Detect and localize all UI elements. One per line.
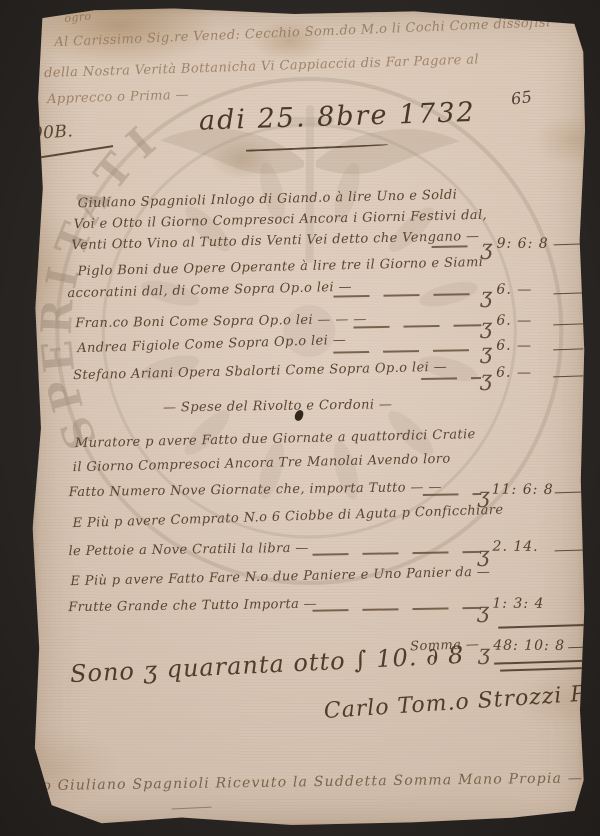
date-line: adi 25. 8bre 1732	[199, 97, 477, 137]
brace-mark: ʒ	[480, 315, 492, 339]
sum-rule-top	[498, 624, 588, 629]
manuscript-line: il Giorno Compresoci Ancora Tre Manolai …	[73, 452, 451, 476]
somma-total: 48: 10: 8	[493, 638, 565, 654]
manuscript-line: E Più p avere Comprato N.o 6 Ciobbe di A…	[72, 503, 503, 532]
signature: Carlo Tom.o Strozzi Prop.	[323, 678, 600, 724]
svg-text:T: T	[85, 144, 143, 199]
header-line: Apprecco o Prima —	[47, 88, 189, 107]
manuscript-line: accoratini dal, di Come Sopra Op.o lei —	[67, 280, 352, 301]
photograph-backdrop: { "page": { "corner_note": "ogro", "foli…	[0, 0, 600, 836]
margin-dash	[553, 348, 583, 350]
amount-value: 6. —	[496, 282, 532, 298]
brace-mark: ʒ	[480, 284, 492, 308]
brace-mark: ʒ	[480, 340, 492, 364]
leader-line	[333, 349, 481, 354]
subheading-line: — Spese del Rivolto e Cordoni —	[163, 397, 393, 415]
margin-dash	[555, 549, 585, 551]
manuscript-line: le Pettoie a Nove Cratili la libra —	[68, 541, 308, 559]
leader-line	[423, 493, 481, 496]
docket-underline	[36, 145, 113, 159]
manuscript-line: Frutte Grande che Tutto Importa —	[68, 597, 317, 615]
receipt-line: Io Giuliano Spagnioli Ricevuto la Suddet…	[36, 770, 583, 794]
margin-dash	[553, 375, 583, 377]
manuscript-line: Voi e Otto il Giorno Compresoci Ancora i…	[74, 208, 488, 232]
leader-line	[353, 324, 481, 328]
amount-value: 2. 14.	[493, 539, 539, 555]
folio-number: 65	[510, 87, 534, 109]
manuscript-line: Andrea Figiole Come Sopra Op.o lei —	[77, 333, 346, 356]
margin-dash	[553, 292, 583, 294]
leader-line	[432, 245, 482, 248]
manuscript-line: Fran.co Boni Come Sopra Op.o lei — — —	[75, 312, 367, 331]
margin-dash	[553, 323, 583, 325]
manuscript-line: E Più p avere Fatto Fare N.o due Paniere…	[70, 565, 490, 590]
amount-value: 6. —	[496, 313, 532, 329]
corner-note: ogro	[64, 9, 92, 25]
amount-value: 1: 3: 4	[492, 596, 544, 612]
leader-line	[313, 551, 481, 556]
manuscript-line: Venti Otto Vino al Tutto dis Venti Vei d…	[71, 229, 479, 253]
margin-dash	[554, 243, 584, 245]
docket-mark: 90B.	[31, 121, 73, 144]
sum-rule-bottom-1	[494, 660, 582, 665]
manuscript-line: Giuliano Spagnioli Inlogo di Giand.o à l…	[78, 188, 458, 212]
amount-value: 9: 6: 8	[497, 236, 549, 252]
manuscript-page: SPERITATI ogro Al Carissimo Sig.re Vened…	[32, 8, 588, 828]
amount-value: 6. —	[496, 338, 532, 354]
brace-mark: ʒ	[477, 599, 489, 623]
manuscript-line: Muratore p avere Fatto due Giornate a qu…	[75, 427, 476, 451]
amount-value: 6. —	[496, 365, 532, 381]
brace-mark: ʒ	[480, 367, 492, 391]
svg-text:I: I	[117, 118, 164, 168]
margin-dash	[568, 647, 588, 649]
margin-dash	[555, 491, 585, 493]
manuscript-line: Stefano Ariani Opera Sbalorti Come Sopra…	[73, 360, 447, 383]
amount-value: 11: 6: 8	[492, 482, 554, 498]
leader-line	[312, 607, 480, 612]
sum-in-words: Sono ʒ quaranta otto ∫ 10. ∂ 8	[69, 641, 465, 688]
manuscript-line: Piglo Boni due Opere Operante à lire tre…	[77, 255, 483, 279]
leader-line	[421, 377, 481, 380]
brace-mark: ʒ	[477, 543, 489, 567]
header-line: della Nostra Verità Bottanicha Vi Cappia…	[44, 52, 479, 81]
sum-rule-bottom-2	[500, 667, 582, 672]
leader-line	[333, 293, 481, 298]
brace-mark: ʒ	[478, 641, 490, 665]
date-underline-flourish	[246, 144, 388, 152]
header-line: Al Carissimo Sig.re Vened: Cecchio Som.d…	[54, 15, 551, 50]
receipt-flourish	[172, 807, 212, 810]
manuscript-line: Fatto Numero Nove Giornate che, importa …	[69, 480, 442, 500]
